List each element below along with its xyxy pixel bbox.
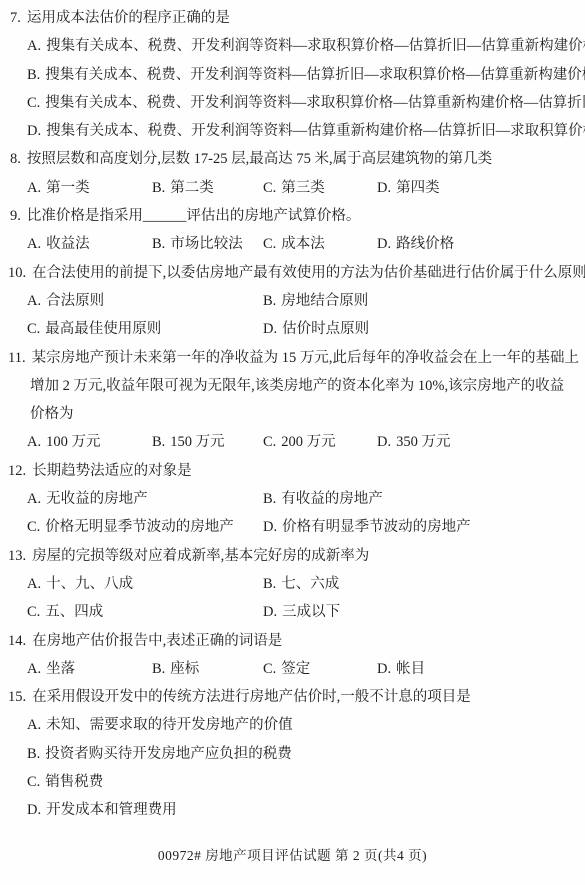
question-text: 长期趋势法适应的对象是 [32, 463, 192, 479]
page-footer: 00972# 房地产项目评估试题 第 2 页(共4 页) [0, 842, 585, 870]
question-number: 11. [8, 350, 26, 366]
question-number: 13. [8, 548, 26, 564]
option-text: 150 万元 [170, 434, 224, 450]
option-label: D. [27, 123, 41, 139]
option-label: B. [263, 576, 276, 592]
option-label: D. [377, 236, 391, 252]
option-c: C.价格无明显季节波动的房地产 [27, 513, 263, 541]
option-text: 价格无明显季节波动的房地产 [45, 519, 234, 535]
question-text: 比准价格是指采用______评估出的房地产试算价格。 [27, 208, 361, 224]
option-c: C.搜集有关成本、税费、开发利润等资料—求取积算价格—估算重新构建价格—估算折旧 [0, 89, 585, 117]
option-d: D.价格有明显季节波动的房地产 [263, 513, 585, 541]
option-label: C. [263, 661, 276, 677]
question-number: 12. [8, 463, 26, 479]
option-text: 路线价格 [396, 236, 454, 252]
option-c: C.最高最佳使用原则 [27, 315, 263, 343]
options-row: A.第一类 B.第二类 C.第三类 D.第四类 [0, 174, 585, 202]
question-13: 13.房屋的完损等级对应着成新率,基本完好房的成新率为 A.十、九、八成 B.七… [0, 542, 585, 627]
option-b: B.市场比较法 [152, 230, 263, 258]
option-text: 第三类 [281, 180, 325, 196]
option-text: 收益法 [46, 236, 90, 252]
question-stem: 13.房屋的完损等级对应着成新率,基本完好房的成新率为 [0, 542, 585, 570]
question-stem: 15.在采用假设开发中的传统方法进行房地产估价时,一般不计息的项目是 [0, 683, 585, 711]
option-d: D.350 万元 [377, 428, 585, 456]
option-label: C. [263, 180, 276, 196]
option-text: 七、六成 [281, 576, 339, 592]
option-label: A. [27, 236, 41, 252]
question-stem: 9.比准价格是指采用______评估出的房地产试算价格。 [0, 202, 585, 230]
question-stem: 7.运用成本法估价的程序正确的是 [0, 4, 585, 32]
option-label: A. [27, 293, 41, 309]
question-text: 增加 2 万元,收益年限可视为无限年,该类房地产的资本化率为 10%,该宗房地产… [30, 378, 564, 394]
question-9: 9.比准价格是指采用______评估出的房地产试算价格。 A.收益法 B.市场比… [0, 202, 585, 259]
option-text: 未知、需要求取的待开发房地产的价值 [46, 717, 293, 733]
option-text: 200 万元 [281, 434, 335, 450]
option-label: B. [263, 293, 276, 309]
option-a: A.未知、需要求取的待开发房地产的价值 [0, 711, 585, 739]
option-c: C.销售税费 [0, 768, 585, 796]
option-text: 成本法 [281, 236, 325, 252]
question-text: 在合法使用的前提下,以委估房地产最有效使用的方法为估价基础进行估价属于什么原则 [32, 265, 585, 281]
option-label: D. [377, 434, 391, 450]
options-row: A.合法原则 B.房地结合原则 [0, 287, 585, 315]
option-label: B. [152, 236, 165, 252]
option-text: 100 万元 [46, 434, 100, 450]
option-d: D.开发成本和管理费用 [0, 796, 585, 824]
option-d: D.路线价格 [377, 230, 585, 258]
option-text: 坐落 [46, 661, 75, 677]
option-label: A. [27, 491, 41, 507]
option-text: 价格有明显季节波动的房地产 [282, 519, 471, 535]
question-number: 7. [10, 10, 21, 26]
option-d: D.估价时点原则 [263, 315, 585, 343]
option-d: D.三成以下 [263, 598, 585, 626]
question-15: 15.在采用假设开发中的传统方法进行房地产估价时,一般不计息的项目是 A.未知、… [0, 683, 585, 824]
option-label: C. [27, 604, 40, 620]
question-8: 8.按照层数和高度划分,层数 17-25 层,最高达 75 米,属于高层建筑物的… [0, 145, 585, 202]
question-stem-continued: 增加 2 万元,收益年限可视为无限年,该类房地产的资本化率为 10%,该宗房地产… [0, 372, 585, 400]
option-text: 搜集有关成本、税费、开发利润等资料—估算折旧—求取积算价格—估算重新构建价格 [45, 67, 585, 83]
question-text: 房屋的完损等级对应着成新率,基本完好房的成新率为 [32, 548, 369, 564]
question-stem: 11.某宗房地产预计未来第一年的净收益为 15 万元,此后每年的净收益会在上一年… [0, 344, 585, 372]
question-number: 14. [8, 633, 26, 649]
question-number: 8. [10, 151, 21, 167]
option-c: C.200 万元 [263, 428, 377, 456]
option-label: D. [377, 661, 391, 677]
option-label: D. [377, 180, 391, 196]
option-text: 搜集有关成本、税费、开发利润等资料—求取积算价格—估算重新构建价格—估算折旧 [45, 95, 585, 111]
option-label: B. [152, 434, 165, 450]
options-row: C.价格无明显季节波动的房地产 D.价格有明显季节波动的房地产 [0, 513, 585, 541]
option-label: D. [27, 802, 41, 818]
option-a: A.无收益的房地产 [27, 485, 263, 513]
option-a: A.合法原则 [27, 287, 263, 315]
question-number: 10. [8, 265, 26, 281]
question-text: 运用成本法估价的程序正确的是 [27, 10, 230, 26]
question-text: 价格为 [30, 406, 74, 422]
option-a: A.搜集有关成本、税费、开发利润等资料—求取积算价格—估算折旧—估算重新构建价格 [0, 32, 585, 60]
option-label: A. [27, 576, 41, 592]
option-label: C. [27, 519, 40, 535]
option-text: 帐目 [396, 661, 425, 677]
option-text: 市场比较法 [170, 236, 243, 252]
question-stem-continued: 价格为 [0, 400, 585, 428]
question-text: 按照层数和高度划分,层数 17-25 层,最高达 75 米,属于高层建筑物的第几… [27, 151, 492, 167]
option-label: B. [152, 180, 165, 196]
option-label: B. [152, 661, 165, 677]
option-text: 开发成本和管理费用 [46, 802, 177, 818]
option-text: 搜集有关成本、税费、开发利润等资料—估算重新构建价格—估算折旧—求取积算价格 [46, 123, 585, 139]
option-a: A.收益法 [27, 230, 152, 258]
option-label: A. [27, 717, 41, 733]
options-row: C.五、四成 D.三成以下 [0, 598, 585, 626]
option-c: C.成本法 [263, 230, 377, 258]
option-label: C. [263, 434, 276, 450]
question-number: 9. [10, 208, 21, 224]
option-label: D. [263, 604, 277, 620]
option-b: B.座标 [152, 655, 263, 683]
option-b: B.有收益的房地产 [263, 485, 585, 513]
option-label: C. [27, 774, 40, 790]
option-c: C.第三类 [263, 174, 377, 202]
options-row: A.十、九、八成 B.七、六成 [0, 570, 585, 598]
question-7: 7.运用成本法估价的程序正确的是 A.搜集有关成本、税费、开发利润等资料—求取积… [0, 4, 585, 145]
option-text: 350 万元 [396, 434, 450, 450]
question-stem: 14.在房地产估价报告中,表述正确的词语是 [0, 627, 585, 655]
option-text: 第四类 [396, 180, 440, 196]
option-text: 销售税费 [45, 774, 103, 790]
option-label: D. [263, 321, 277, 337]
options-row: A.无收益的房地产 B.有收益的房地产 [0, 485, 585, 513]
option-text: 十、九、八成 [46, 576, 133, 592]
option-a: A.100 万元 [27, 428, 152, 456]
option-a: A.十、九、八成 [27, 570, 263, 598]
option-text: 投资者购买待开发房地产应负担的税费 [45, 746, 292, 762]
option-text: 第二类 [170, 180, 214, 196]
option-b: B.150 万元 [152, 428, 263, 456]
question-text: 在房地产估价报告中,表述正确的词语是 [32, 633, 282, 649]
option-label: B. [27, 746, 40, 762]
options-row: A.100 万元 B.150 万元 C.200 万元 D.350 万元 [0, 428, 585, 456]
exam-page: 7.运用成本法估价的程序正确的是 A.搜集有关成本、税费、开发利润等资料—求取积… [0, 0, 585, 885]
question-stem: 10.在合法使用的前提下,以委估房地产最有效使用的方法为估价基础进行估价属于什么… [0, 259, 585, 287]
option-text: 有收益的房地产 [281, 491, 383, 507]
question-10: 10.在合法使用的前提下,以委估房地产最有效使用的方法为估价基础进行估价属于什么… [0, 259, 585, 344]
option-d: D.搜集有关成本、税费、开发利润等资料—估算重新构建价格—估算折旧—求取积算价格 [0, 117, 585, 145]
question-text: 在采用假设开发中的传统方法进行房地产估价时,一般不计息的项目是 [32, 689, 471, 705]
option-text: 三成以下 [282, 604, 340, 620]
options-row: A.收益法 B.市场比较法 C.成本法 D.路线价格 [0, 230, 585, 258]
option-b: B.房地结合原则 [263, 287, 585, 315]
option-label: A. [27, 38, 41, 54]
option-d: D.帐目 [377, 655, 585, 683]
option-text: 签定 [281, 661, 310, 677]
option-label: A. [27, 180, 41, 196]
option-label: D. [263, 519, 277, 535]
option-b: B.第二类 [152, 174, 263, 202]
option-label: B. [263, 491, 276, 507]
option-c: C.五、四成 [27, 598, 263, 626]
option-text: 座标 [170, 661, 199, 677]
option-b: B.搜集有关成本、税费、开发利润等资料—估算折旧—求取积算价格—估算重新构建价格 [0, 61, 585, 89]
option-text: 五、四成 [45, 604, 103, 620]
question-12: 12.长期趋势法适应的对象是 A.无收益的房地产 B.有收益的房地产 C.价格无… [0, 457, 585, 542]
option-a: A.第一类 [27, 174, 152, 202]
option-text: 合法原则 [46, 293, 104, 309]
option-text: 第一类 [46, 180, 90, 196]
option-c: C.签定 [263, 655, 377, 683]
question-stem: 12.长期趋势法适应的对象是 [0, 457, 585, 485]
option-text: 最高最佳使用原则 [45, 321, 161, 337]
option-text: 无收益的房地产 [46, 491, 148, 507]
question-14: 14.在房地产估价报告中,表述正确的词语是 A.坐落 B.座标 C.签定 D.帐… [0, 627, 585, 684]
option-label: A. [27, 434, 41, 450]
option-d: D.第四类 [377, 174, 585, 202]
option-text: 房地结合原则 [281, 293, 368, 309]
options-row: A.坐落 B.座标 C.签定 D.帐目 [0, 655, 585, 683]
option-label: A. [27, 661, 41, 677]
option-label: C. [27, 95, 40, 111]
option-label: B. [27, 67, 40, 83]
question-number: 15. [8, 689, 26, 705]
option-b: B.七、六成 [263, 570, 585, 598]
option-text: 估价时点原则 [282, 321, 369, 337]
question-text: 某宗房地产预计未来第一年的净收益为 15 万元,此后每年的净收益会在上一年的基础… [32, 350, 579, 366]
question-11: 11.某宗房地产预计未来第一年的净收益为 15 万元,此后每年的净收益会在上一年… [0, 344, 585, 457]
option-label: C. [263, 236, 276, 252]
question-stem: 8.按照层数和高度划分,层数 17-25 层,最高达 75 米,属于高层建筑物的… [0, 145, 585, 173]
option-a: A.坐落 [27, 655, 152, 683]
option-text: 搜集有关成本、税费、开发利润等资料—求取积算价格—估算折旧—估算重新构建价格 [46, 38, 585, 54]
option-label: C. [27, 321, 40, 337]
options-row: C.最高最佳使用原则 D.估价时点原则 [0, 315, 585, 343]
option-b: B.投资者购买待开发房地产应负担的税费 [0, 740, 585, 768]
